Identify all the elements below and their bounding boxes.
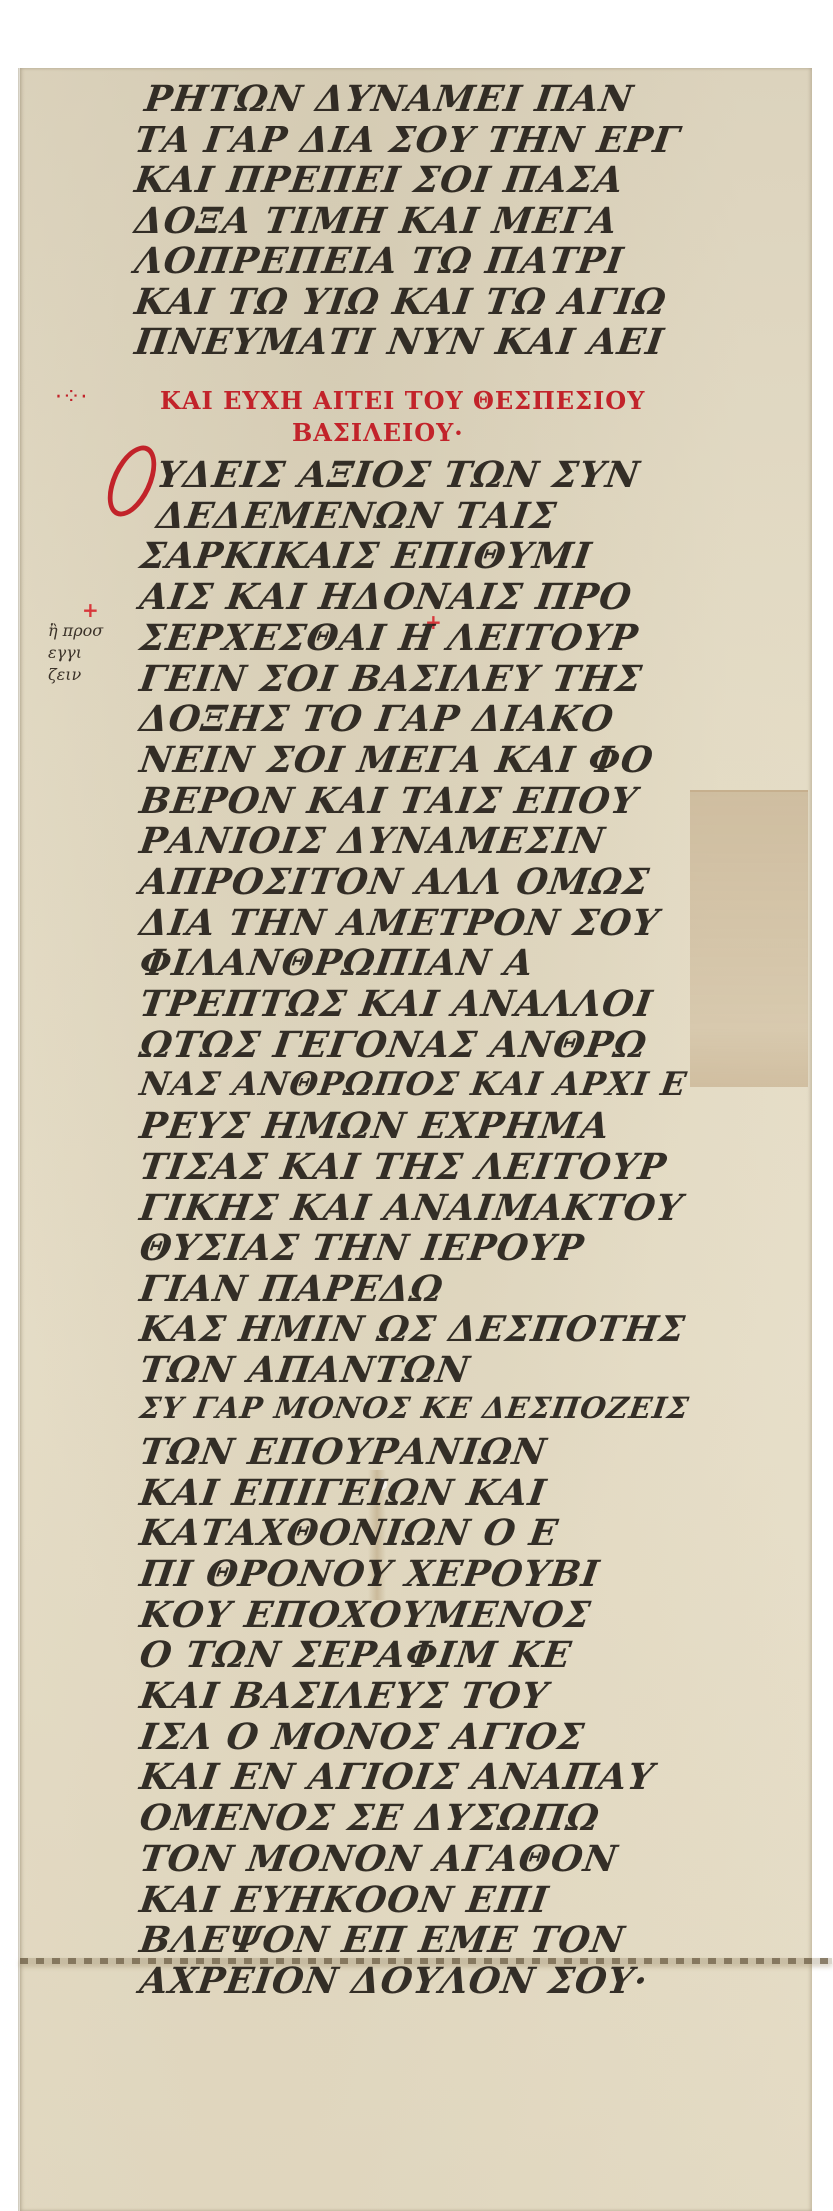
manuscript-line: ΓΙΑΝ ΠΑΡΕΔΩ — [137, 1268, 446, 1310]
manuscript-line: ΚΑΤΑΧΘΟΝΙΩΝ Ο Ε — [137, 1512, 561, 1554]
margin-note-variant: ἢ προσ εγγι ζειν — [48, 620, 103, 686]
manuscript-line: ΚΑΙ ΕΝ ΑΓΙΟΙΣ ΑΝΑΠΑΥ — [137, 1756, 657, 1798]
manuscript-line: ΝΑΣ ΑΝΘΡΩΠΟΣ ΚΑΙ ΑΡΧΙ Ε — [137, 1065, 689, 1103]
margin-note-line: εγγι — [48, 642, 103, 664]
manuscript-line: Ο ΤΩΝ ΣΕΡΑΦΙΜ ΚΕ — [137, 1634, 574, 1676]
manuscript-line: ΡΑΝΙΟΙΣ ΔΥΝΑΜΕΣΙΝ — [137, 820, 608, 862]
manuscript-line: ΓΙΚΗΣ ΚΑΙ ΑΝΑΙΜΑΚΤΟΥ — [137, 1187, 686, 1229]
manuscript-line: ΣΥ ΓΑΡ ΜΟΝΟΣ ΚΕ ΔΕΣΠΟΖΕΙΣ — [138, 1390, 692, 1425]
manuscript-line: ΚΑΣ ΗΜΙΝ ΩΣ ΔΕΣΠΟΤΗΣ — [137, 1309, 688, 1350]
manuscript-line: ΔΕΔΕΜΕΝΩΝ ΤΑΙΣ — [154, 495, 559, 537]
manuscript-line: ΑΠΡΟΣΙΤΟΝ ΑΛΛ ΟΜΩΣ — [137, 861, 652, 903]
parchment-stain — [690, 790, 808, 1087]
scroll-left-edge — [18, 68, 22, 2211]
manuscript-line: ΩΤΩΣ ΓΕΓΟΝΑΣ ΑΝΘΡΩ — [137, 1024, 650, 1066]
manuscript-line: ΣΑΡΚΙΚΑΙΣ ΕΠΙΘΥΜΙ — [137, 535, 595, 577]
manuscript-line: ΒΛΕΨΟΝ ΕΠ ΕΜΕ ΤΟΝ — [137, 1919, 628, 1961]
manuscript-line: ΑΙΣ ΚΑΙ ΗΔΟΝΑΙΣ ΠΡΟ — [137, 576, 635, 618]
manuscript-line: ΠΝΕΥΜΑΤΙ ΝΥΝ ΚΑΙ ΑΕΙ — [132, 321, 667, 363]
manuscript-line: ΑΧΡΕΙΟΝ ΔΟΥΛΟΝ ΣΟΥ· — [137, 1960, 651, 2002]
margin-note-line: ζειν — [48, 664, 103, 686]
manuscript-line: ΔΙΑ ΤΗΝ ΑΜΕΤΡΟΝ ΣΟΥ — [137, 902, 662, 944]
manuscript-line: ΣΕΡΧΕΣΘΑΙ Η ΛΕΙΤΟΥΡ — [137, 617, 641, 659]
margin-note-line: ἢ προσ — [48, 620, 103, 642]
manuscript-line: ΦΙΛΑΝΘΡΩΠΙΑΝ Α — [137, 942, 537, 984]
manuscript-line: ΚΑΙ ΤΩ ΥΙΩ ΚΑΙ ΤΩ ΑΓΙΩ — [132, 281, 669, 323]
manuscript-line: ΤΩΝ ΕΠΟΥΡΑΝΙΩΝ — [137, 1431, 549, 1473]
manuscript-line: ΟΜΕΝΟΣ ΣΕ ΔΥΣΩΠΩ — [137, 1797, 602, 1839]
rubric-title-line1: ΚΑΙ ΕΥΧΗ ΑΙΤΕΙ ΤΟΥ ΘΕΣΠΕΣΙΟΥ — [160, 386, 645, 415]
manuscript-line: ΤΡΕΠΤΩΣ ΚΑΙ ΑΝΑΛΛΟΙ — [137, 983, 655, 1025]
manuscript-line: ΚΟΥ ΕΠΟΧΟΥΜΕΝΟΣ — [137, 1594, 594, 1636]
manuscript-line: ΘΥΣΙΑΣ ΤΗΝ ΙΕΡΟΥΡ — [137, 1227, 587, 1269]
manuscript-line: ΡΗΤΩΝ ΔΥΝΑΜΕΙ ΠΑΝ — [142, 78, 636, 120]
manuscript-line: ΚΑΙ ΕΥΗΚΟΟΝ ΕΠΙ — [137, 1879, 551, 1921]
margin-ornament-icon: ·⁘· — [55, 385, 125, 445]
manuscript-line: ΒΕΡΟΝ ΚΑΙ ΤΑΙΣ ΕΠΟΥ — [137, 780, 640, 822]
manuscript-line: ΚΑΙ ΕΠΙΓΕΙΩΝ ΚΑΙ — [137, 1472, 549, 1514]
red-cross-icon: + — [82, 598, 99, 622]
rubric-title-line2: ΒΑΣΙΛΕΙΟΥ· — [292, 418, 464, 447]
manuscript-line: ΓΕΙΝ ΣΟΙ ΒΑΣΙΛΕΥ ΤΗΣ — [137, 658, 645, 700]
manuscript-line: ΔΟΞΑ ΤΙΜΗ ΚΑΙ ΜΕΓΑ — [132, 200, 620, 242]
manuscript-line: ΥΔΕΙΣ ΑΞΙΟΣ ΤΩΝ ΣΥΝ — [154, 454, 643, 496]
manuscript-line: ΔΟΞΗΣ ΤΟ ΓΑΡ ΔΙΑΚΟ — [137, 698, 617, 740]
manuscript-line: ΠΙ ΘΡΟΝΟΥ ΧΕΡΟΥΒΙ — [137, 1553, 602, 1595]
manuscript-line: ΤΑ ΓΑΡ ΔΙΑ ΣΟΥ ΤΗΝ ΕΡΓ — [132, 119, 683, 161]
manuscript-line: ΝΕΙΝ ΣΟΙ ΜΕΓΑ ΚΑΙ ΦΟ — [137, 739, 656, 781]
manuscript-line: ΡΕΥΣ ΗΜΩΝ ΕΧΡΗΜΑ — [137, 1105, 613, 1147]
manuscript-line: ΤΩΝ ΑΠΑΝΤΩΝ — [137, 1349, 473, 1391]
manuscript-line: ΙΣΛ Ο ΜΟΝΟΣ ΑΓΙΟΣ — [137, 1716, 587, 1758]
manuscript-line: ΤΟΝ ΜΟΝΟΝ ΑΓΑΘΟΝ — [137, 1838, 620, 1880]
manuscript-line: ΛΟΠΡΕΠΕΙΑ ΤΩ ΠΑΤΡΙ — [132, 240, 626, 282]
manuscript-line: ΚΑΙ ΒΑΣΙΛΕΥΣ ΤΟΥ — [137, 1675, 551, 1717]
manuscript-line: ΚΑΙ ΠΡΕΠΕΙ ΣΟΙ ΠΑΣΑ — [132, 159, 626, 201]
manuscript-line: ΤΙΣΑΣ ΚΑΙ ΤΗΣ ΛΕΙΤΟΥΡ — [137, 1146, 669, 1188]
